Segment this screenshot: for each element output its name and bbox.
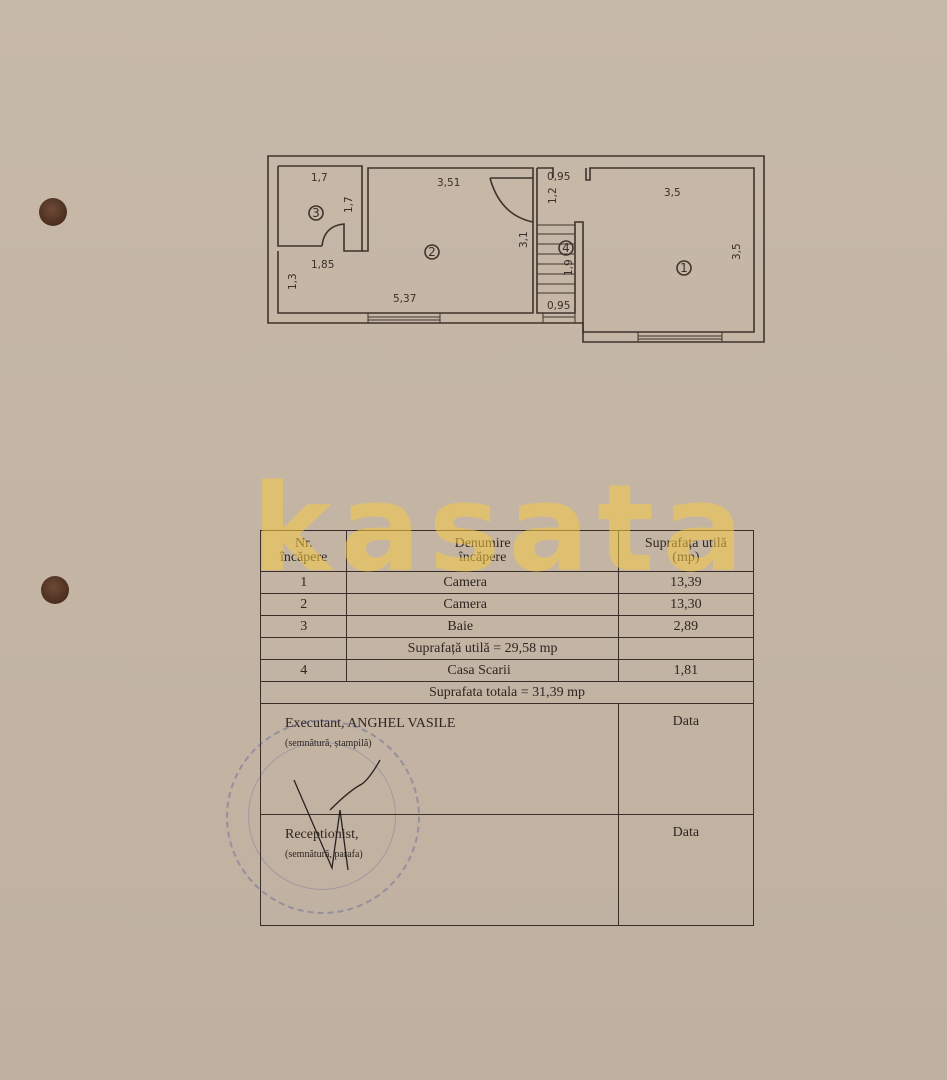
executant-sub: (semnătură, ștampilă)	[285, 738, 594, 749]
room-3-label: 3	[312, 206, 320, 220]
total: Suprafata totala = 31,39 mp	[261, 682, 754, 704]
dim-r3-side: 1,7	[343, 196, 355, 213]
room-area-table: Nr.încăpere Denumireîncăpere Suprafața u…	[260, 530, 754, 926]
header-area: Suprafața utilă(mp)	[618, 531, 753, 572]
table-row: 1 Camera 13,39	[261, 572, 754, 594]
total-row: Suprafata totala = 31,39 mp	[261, 682, 754, 704]
executant-cell: Executant, ANGHEL VASILE (semnătură, șta…	[261, 704, 619, 815]
dim-hall-h: 1,3	[287, 273, 299, 290]
receptionist-date: Data	[618, 815, 753, 926]
dim-r2-bottom: 5,37	[393, 293, 416, 305]
dim-r2-top: 3,51	[437, 177, 460, 189]
subtotal-row: Suprafață utilă = 29,58 mp	[261, 638, 754, 660]
floor-plan: 1,7 1,7 1,85 1,3 3,51 5,37 3,1 0,95 1,2 …	[0, 0, 947, 400]
receptionist-row: Receptionist, (semnătură, parafa) Data	[261, 815, 754, 926]
dim-r4-h2: 1,9	[563, 259, 575, 276]
room-4-label: 4	[562, 241, 570, 255]
room-2-label: 2	[428, 245, 436, 259]
dim-r3-top: 1,7	[311, 172, 328, 184]
table-row: 3 Baie 2,89	[261, 616, 754, 638]
dim-r4-top: 0,95	[547, 171, 570, 183]
table-header: Nr.încăpere Denumireîncăpere Suprafața u…	[261, 531, 754, 572]
receptionist-sub: (semnătură, parafa)	[285, 849, 594, 860]
executant-date: Data	[618, 704, 753, 815]
room-1-label: 1	[680, 261, 688, 275]
header-nr: Nr.încăpere	[261, 531, 347, 572]
dim-r4-h1: 1,2	[547, 187, 559, 204]
dim-r2-side: 3,1	[518, 231, 530, 248]
executant-row: Executant, ANGHEL VASILE (semnătură, șta…	[261, 704, 754, 815]
dim-r1-top: 3,5	[664, 187, 681, 199]
subtotal: Suprafață utilă = 29,58 mp	[347, 638, 618, 660]
punch-hole	[41, 576, 69, 604]
dim-hall-w: 1,85	[311, 259, 334, 271]
receptionist-label: Receptionist,	[285, 827, 359, 842]
table-row: 4 Casa Scarii 1,81	[261, 660, 754, 682]
header-name: Denumireîncăpere	[347, 531, 618, 572]
executant-label: Executant, ANGHEL VASILE	[285, 716, 455, 731]
table-row: 2 Camera 13,30	[261, 594, 754, 616]
dim-r4-bottom: 0,95	[547, 300, 570, 312]
dim-r1-side: 3,5	[731, 243, 743, 260]
receptionist-cell: Receptionist, (semnătură, parafa)	[261, 815, 619, 926]
